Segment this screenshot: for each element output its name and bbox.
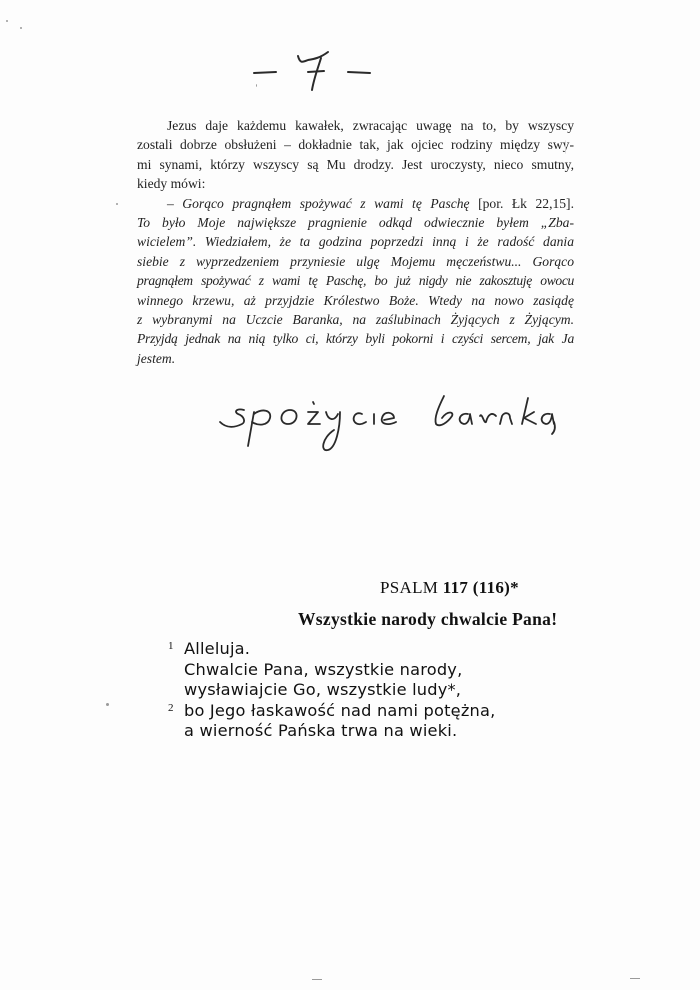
psalm-title: PSALM 117 (116)*	[380, 578, 519, 598]
verse-text: a wierność Pańska trwa na wieki.	[184, 721, 457, 740]
handwritten-page-number: - 7 -	[248, 46, 378, 96]
verse-text: wysławiajcie Go, wszystkie ludy*,	[184, 680, 461, 699]
psalm-number: 117 (116)*	[443, 578, 519, 597]
scan-speck	[106, 703, 109, 706]
prose-text: Jezus daje każdemu kawałek, zwracając uw…	[137, 116, 574, 368]
quote-line: To było Moje największe pragnienie odkąd…	[137, 213, 574, 232]
quote-line: wicielem”. Wiedziałem, że ta godzina pop…	[137, 232, 574, 251]
scan-mark	[630, 978, 640, 979]
prose-line: mi synami, którzy wszyscy są Mu drodzy. …	[137, 155, 574, 174]
verse-text: Chwalcie Pana, wszystkie narody,	[184, 660, 462, 679]
verse-line: 1 Alleluja.	[168, 639, 495, 660]
quote-line: siebie z wyprzedzeniem przyniesie ulgę M…	[137, 252, 574, 271]
verse-line: wysławiajcie Go, wszystkie ludy*,	[168, 680, 495, 701]
quote-line: Przyjdą jednak na nią tylko ci, którzy b…	[137, 329, 574, 348]
scan-speck	[20, 27, 22, 29]
scan-speck	[6, 20, 8, 22]
quote-line: jestem.	[137, 349, 574, 368]
psalm-subtitle: Wszystkie narody chwalcie Pana!	[298, 609, 557, 630]
verse-line: Chwalcie Pana, wszystkie narody,	[168, 660, 495, 681]
bible-reference: [por. Łk 22,15].	[478, 196, 574, 211]
quote-first-line: – Gorąco pragnąłem spożywać z wami tę Pa…	[137, 194, 574, 213]
psalm-title-prefix: PSALM	[380, 578, 438, 597]
handwritten-annotation: spożycie baranka	[212, 388, 592, 468]
verse-text: Alleluja.	[184, 639, 250, 658]
quote-line: pragnąłem spożywać z wami tę Paschę, bo …	[137, 271, 574, 290]
verse-line: a wierność Pańska trwa na wieki.	[168, 721, 495, 742]
prose-line: Jezus daje każdemu kawałek, zwracając uw…	[137, 116, 574, 135]
scan-speck	[116, 203, 118, 205]
verse-text: bo Jego łaskawość nad nami potężna,	[184, 701, 495, 720]
psalm-verses: 1 Alleluja. Chwalcie Pana, wszystkie nar…	[168, 639, 495, 742]
document-page: - 7 - Jezus daje każdemu kawałek, zwraca…	[0, 0, 700, 990]
scan-speck	[565, 140, 566, 154]
scan-mark	[312, 979, 322, 980]
verse-number: 1	[168, 636, 174, 657]
verse-line: 2 bo Jego łaskawość nad nami potężna,	[168, 701, 495, 722]
scan-speck	[256, 84, 257, 87]
quote-line: winnego krzewu, aż przyjdzie Królestwo B…	[137, 291, 574, 310]
quote-line: z wybranymi na Uczcie Baranka, na zaślub…	[137, 310, 574, 329]
verse-number: 2	[168, 698, 174, 719]
prose-line: kiedy mówi:	[137, 174, 574, 193]
quote-text: – Gorąco pragnąłem spożywać z wami tę Pa…	[167, 196, 470, 211]
prose-line: zostali dobrze obsłużeni – dokładnie tak…	[137, 135, 574, 154]
